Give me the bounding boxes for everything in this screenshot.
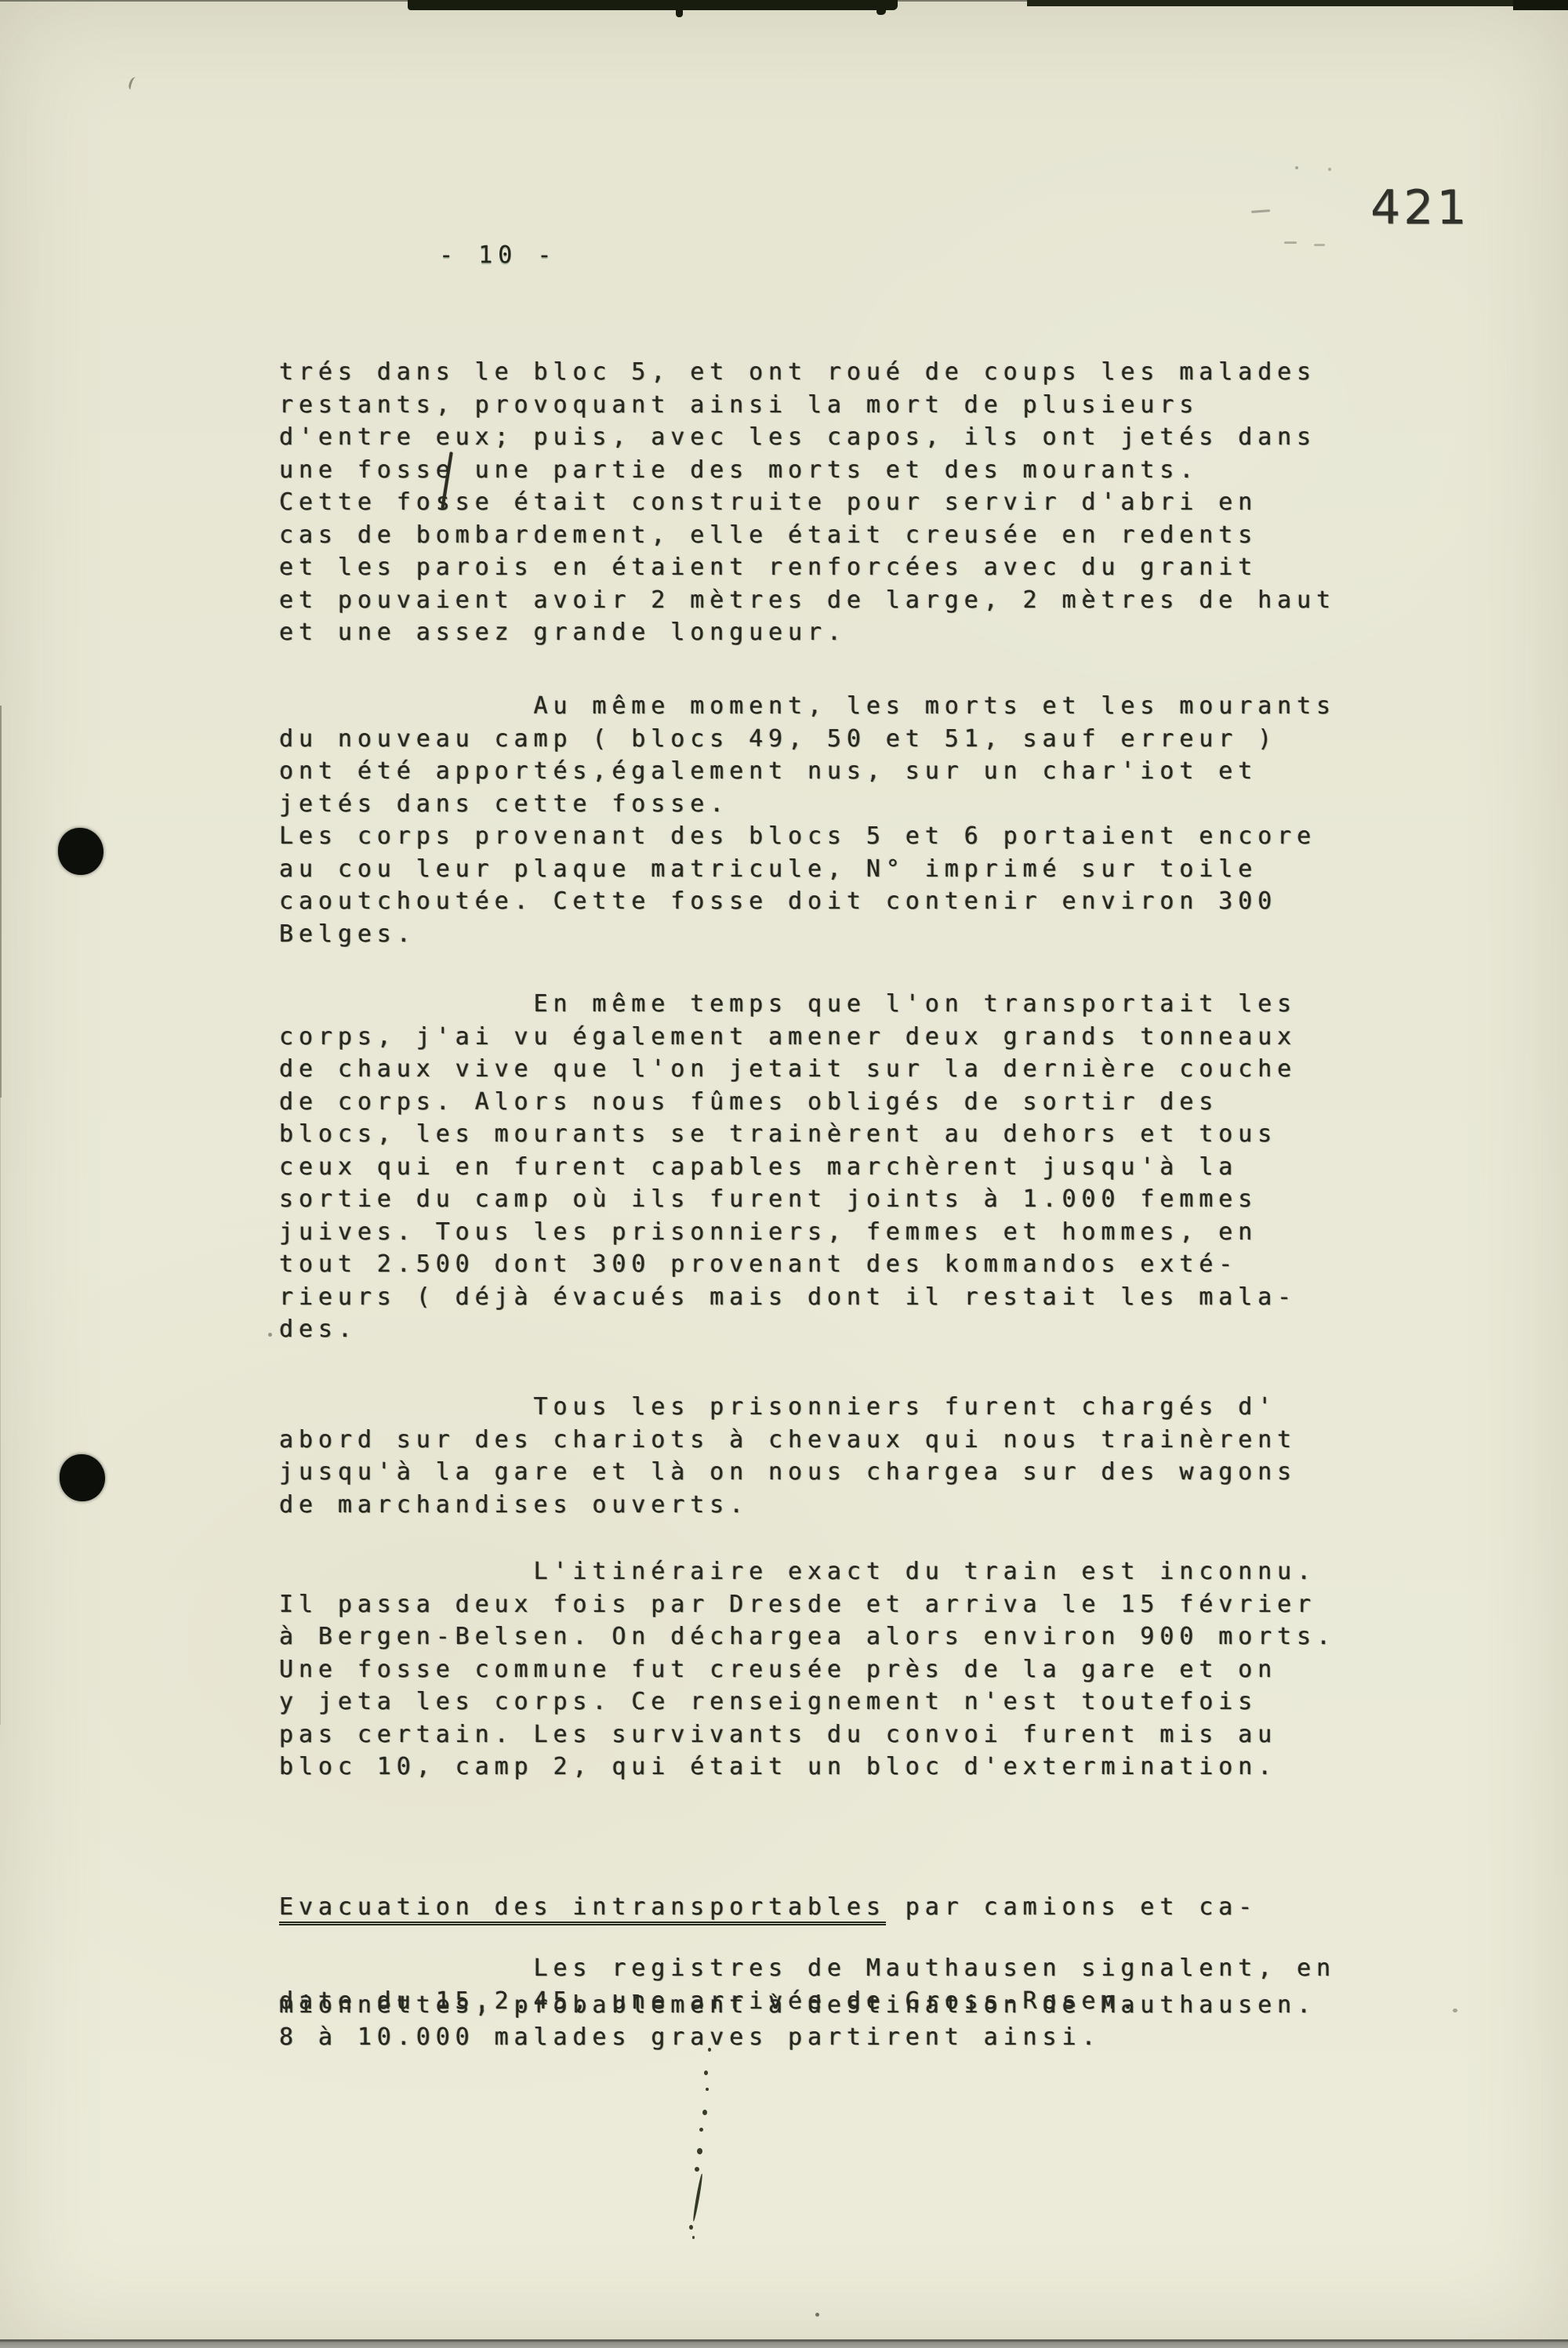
- pencil-dash: [1284, 241, 1297, 244]
- evacuation-section-heading: Evacuation des intransportables: [279, 1893, 886, 1925]
- ink-speck: [128, 76, 139, 91]
- paragraph-1: trés dans le bloc 5, et ont roué de coup…: [279, 356, 1336, 649]
- folio-stamp-number: 421: [1370, 180, 1470, 235]
- ink-speck: [1453, 2009, 1457, 2012]
- ink-speck-trail: [689, 2225, 693, 2230]
- scanned-document-page: - 10 - 421 trés dans le bloc 5, et ont r…: [0, 0, 1568, 2348]
- hole-punch-bottom: [60, 1454, 105, 1501]
- ink-speck-trail: [706, 2088, 709, 2091]
- bottom-scanner-band: [0, 2339, 1568, 2348]
- top-edge-notch: [676, 0, 683, 17]
- evacuation-heading-rest: par camions et ca-: [886, 1893, 1258, 1921]
- paragraph-2: Au même moment, les morts et les mourant…: [279, 690, 1336, 950]
- hole-punch-top: [58, 828, 103, 875]
- left-edge-shadow: [0, 1098, 1, 1725]
- top-edge-corner-blob: [1513, 0, 1568, 10]
- pencil-dash: [1251, 209, 1270, 213]
- top-edge-black-bar-right: [1027, 0, 1568, 6]
- ink-speck-trail: [702, 2110, 707, 2115]
- pencil-dash: [1314, 244, 1325, 246]
- paragraph-3: En même temps que l'on transportait les …: [279, 988, 1297, 1346]
- paragraph-5: L'itinéraire exact du train est inconnu.…: [279, 1555, 1336, 1784]
- paragraph-4: Tous les prisonniers furent chargés d' a…: [279, 1391, 1297, 1521]
- ink-speck: [1328, 168, 1331, 171]
- ink-speck-trail: [695, 2167, 699, 2172]
- top-edge-black-bar: [408, 0, 898, 10]
- paragraph-6-first-line: Evacuation des intransportables par cami…: [279, 1891, 1316, 1924]
- ink-speck: [815, 2313, 819, 2317]
- page-number-header: - 10 -: [439, 241, 557, 269]
- ink-speck-trail: [697, 2148, 702, 2154]
- ink-speck-trail: [692, 2236, 695, 2239]
- ink-speck-trail: [704, 2070, 708, 2075]
- ink-speck: [268, 1333, 272, 1337]
- ink-speck-trail: [699, 2128, 703, 2132]
- top-edge-notch: [877, 0, 886, 15]
- paragraph-7: Les registres de Mauthausen signalent, e…: [279, 1952, 1336, 2017]
- ink-squiggle: [692, 2173, 704, 2222]
- ink-speck-trail: [708, 2048, 711, 2052]
- left-edge-shadow: [0, 706, 2, 1098]
- ink-speck: [1295, 166, 1298, 169]
